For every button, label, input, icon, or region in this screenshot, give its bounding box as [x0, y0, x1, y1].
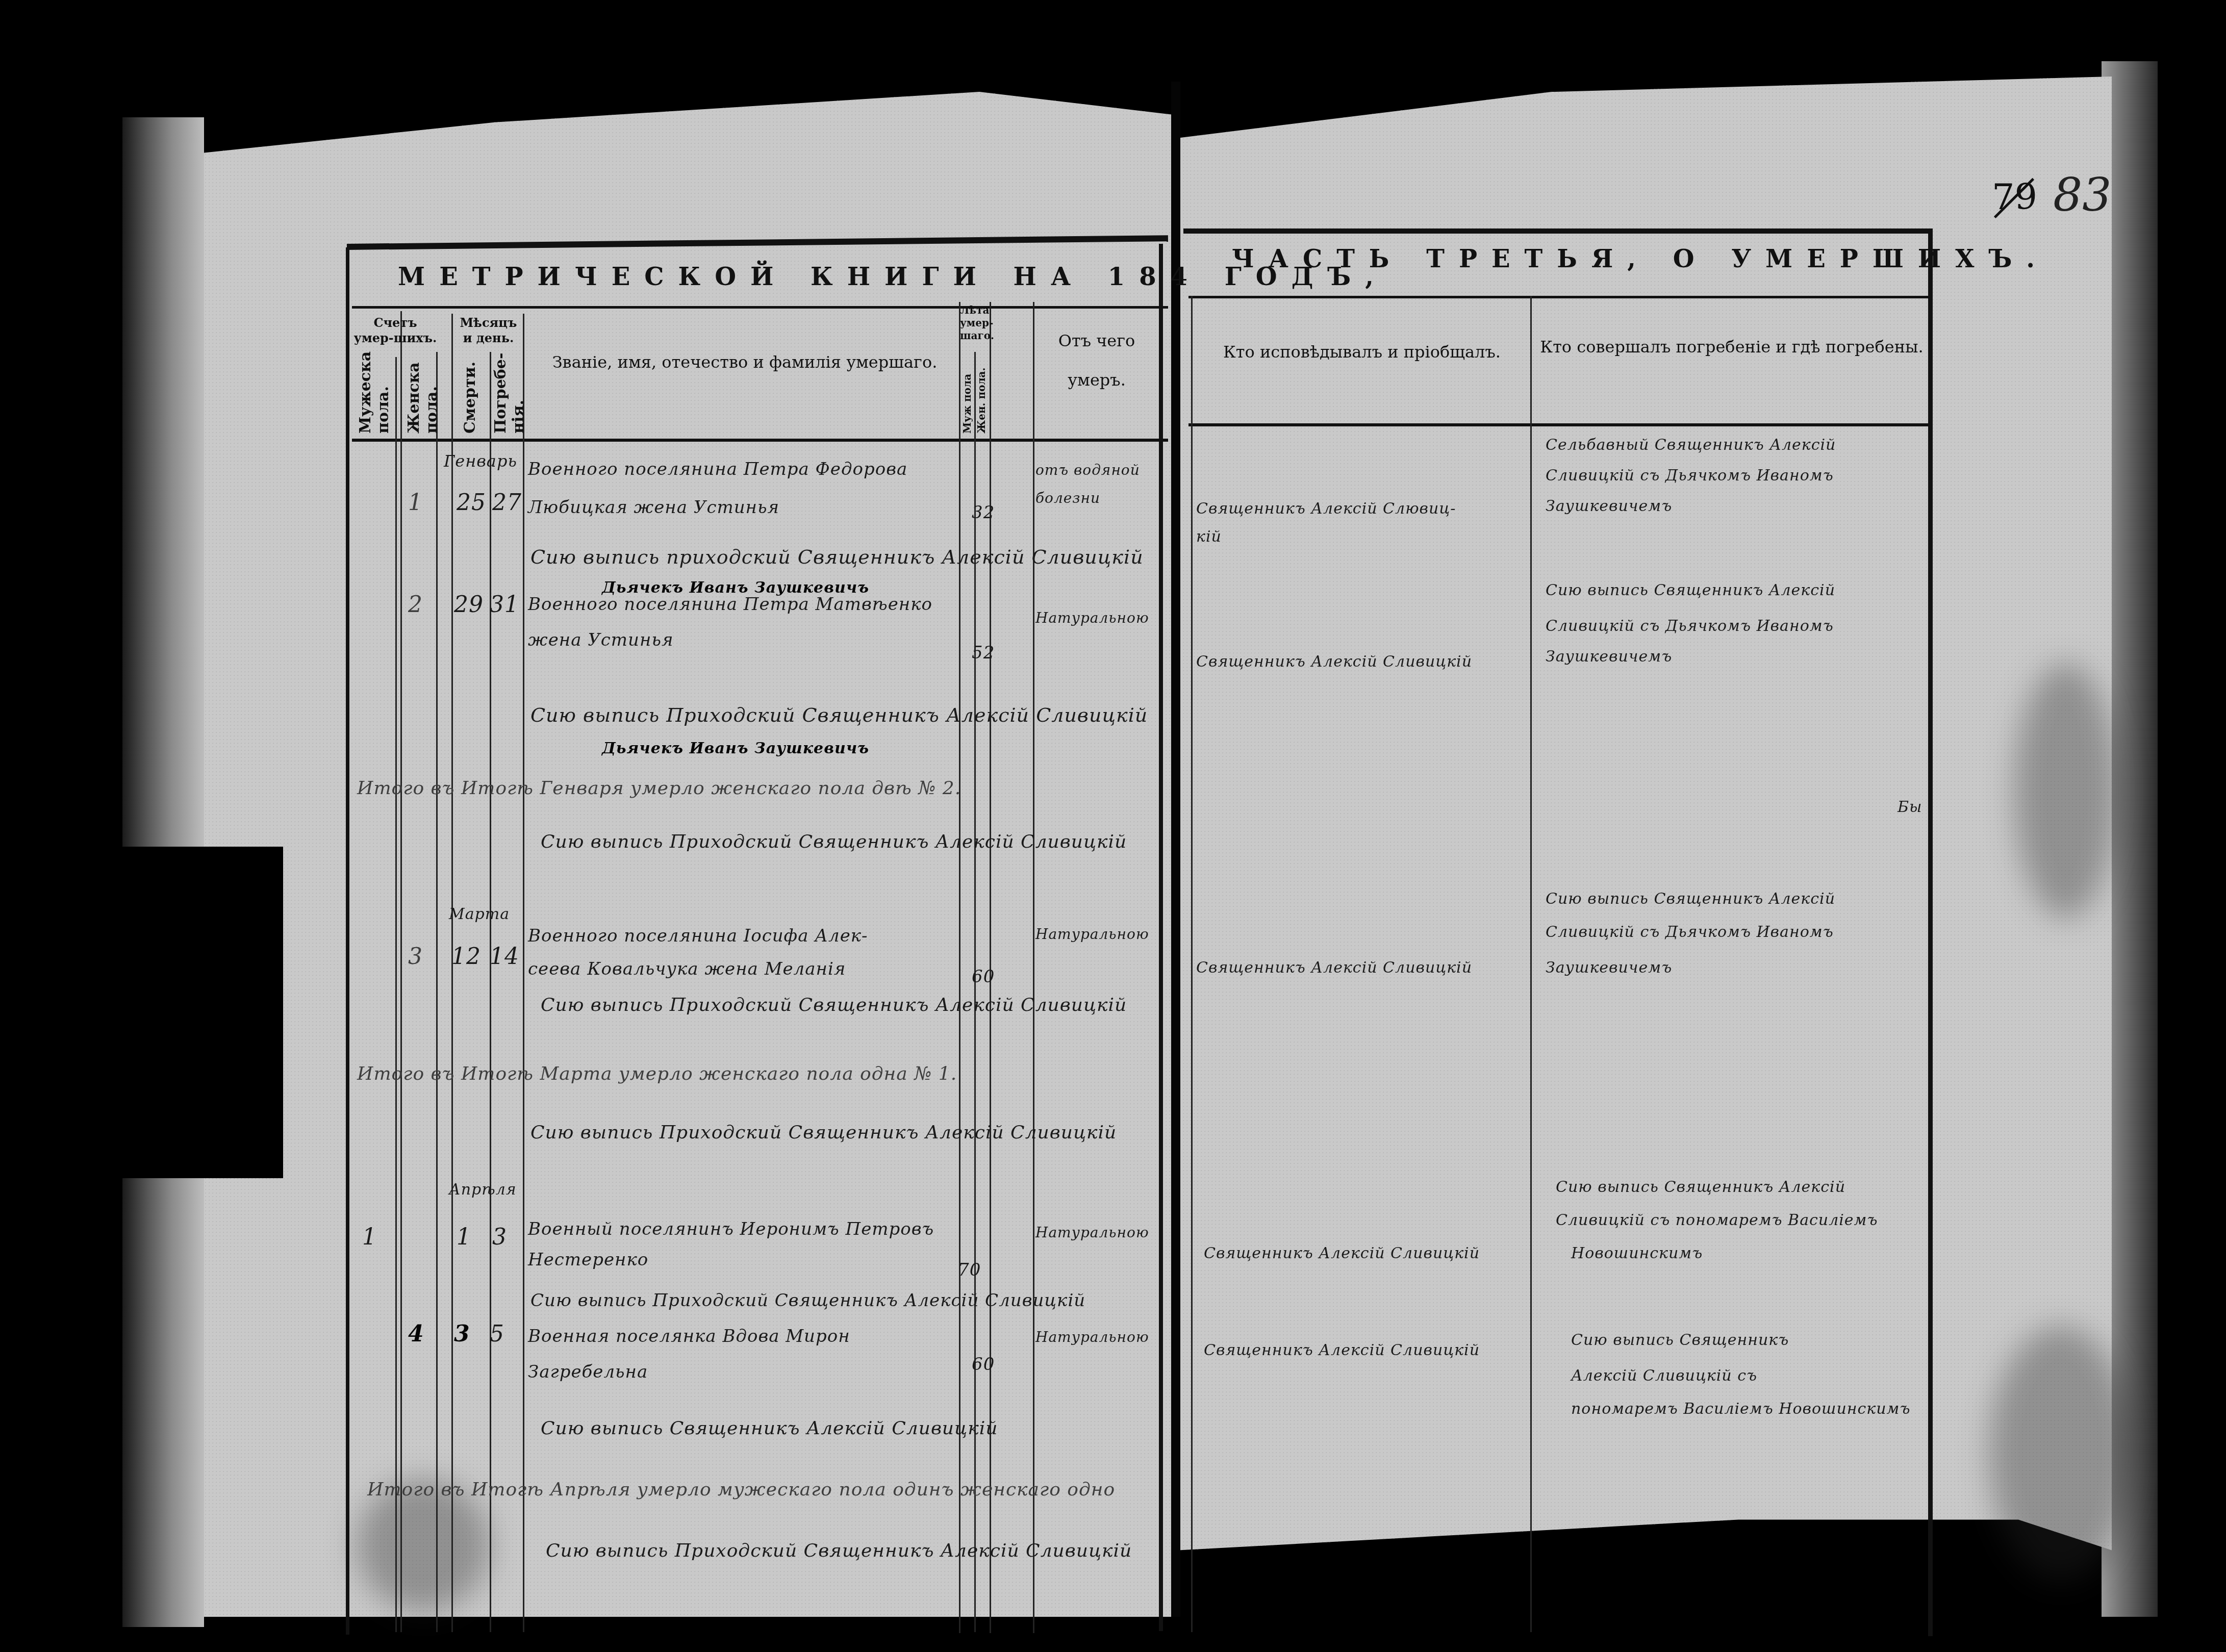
entry-2-clerk: Дьячекъ Иванъ Заушкевичъ — [602, 740, 869, 757]
header-bottom-rule-right — [1188, 423, 1928, 426]
march-witness: Сию выпись Приходский Священникъ Алексій… — [530, 1122, 1117, 1143]
frame-left-page-outer — [1159, 244, 1163, 1631]
entry-4-name-line1: Военный поселянинъ Иеронимъ Петровъ — [528, 1219, 934, 1239]
entry-3-confessor: Священникъ Алексій Сливицкій — [1196, 959, 1472, 977]
entry-2-death-day: 29 — [454, 592, 484, 618]
frame-right-border — [1928, 228, 1933, 1636]
right-margin-note: Бы — [1898, 798, 1922, 816]
header-male-count: Мужеска пола. — [357, 357, 392, 434]
col-divider — [974, 352, 976, 1632]
entry-2-number: 2 — [408, 592, 423, 618]
header-age-group: Лѣта умер-шаго. — [960, 304, 990, 342]
entry-1-number: 1 — [408, 490, 423, 516]
entry-5-cause: Натуральною — [1035, 1329, 1149, 1345]
entry-1-cause-line1: отъ водяной — [1035, 462, 1140, 478]
entry-1-name-line2: Любицкая жена Устинья — [528, 497, 779, 518]
header-cause-of-death: Отъ чего умеръ. — [1038, 321, 1155, 400]
stain — [2015, 663, 2117, 918]
book-spine — [1171, 82, 1180, 1617]
entry-1-witness: Сию выпись приходский Священникъ Алексій… — [530, 546, 1144, 568]
folio-number: 83 — [2053, 168, 2112, 222]
entry-1-month: Генварь — [444, 451, 517, 471]
entry-4-age: 70 — [958, 1260, 981, 1280]
entry-4-cause: Натуральною — [1035, 1224, 1149, 1241]
entry-3-burial-line2: Сливицкій съ Дьячкомъ Иваномъ — [1546, 923, 1834, 941]
entry-3-burial-day: 14 — [490, 944, 519, 970]
entry-1-cause-line2: болезни — [1035, 490, 1100, 506]
entry-3-month: Марта — [449, 905, 510, 923]
entry-5-name-line1: Военная поселянка Вдова Мирон — [528, 1326, 850, 1346]
header-death-date: Смерти. — [462, 357, 479, 434]
entry-2-burial-day: 31 — [490, 592, 519, 618]
entry-2-witness: Сию выпись Приходский Священникъ Алексій… — [530, 704, 1148, 726]
entry-5-confessor: Священникъ Алексій Сливицкій — [1204, 1341, 1480, 1359]
folio-number-struck: 79 — [1992, 176, 2037, 218]
left-page — [204, 92, 1173, 1617]
entry-1-burial-day: 27 — [492, 490, 522, 516]
entry-4-burial-day: 3 — [492, 1224, 507, 1250]
entry-2-name-line1: Военного поселянина Петра Матвѣенко — [528, 594, 932, 615]
entry-1-burial-line3: Заушкевичемъ — [1546, 497, 1672, 515]
frame-top-rule-right — [1183, 228, 1928, 234]
col-divider — [400, 311, 402, 1632]
entry-3-cause: Натуральною — [1035, 926, 1149, 943]
black-index-tab — [0, 847, 283, 1178]
entry-2-cause: Натуральною — [1035, 609, 1149, 626]
entry-5-burial-day: 5 — [490, 1321, 504, 1347]
title-underline-right — [1188, 296, 1928, 298]
col-divider — [1033, 302, 1034, 1633]
entry-4-death-day: 1 — [457, 1224, 471, 1250]
total-january: Итого въ Итогѣ Генваря умерло женскаго п… — [357, 778, 961, 799]
entry-4-witness: Сию выпись Приходский Священникъ Алексій… — [530, 1290, 1085, 1311]
header-female-count: Женска пола. — [406, 357, 441, 434]
col-divider — [490, 352, 491, 1632]
entry-5-burial-line3: пономаремъ Василіемъ Новошинскимъ — [1571, 1400, 1910, 1418]
header-burial-date: Погребе-нія. — [492, 357, 527, 434]
header-deceased-name: Званіе, имя, отечество и фамилія умершаг… — [530, 352, 959, 372]
entry-2-age: 52 — [972, 643, 995, 663]
frame-left-border — [346, 247, 349, 1635]
col-divider — [451, 314, 453, 1632]
entry-5-name-line2: Загребельна — [528, 1362, 648, 1382]
title-underline-left — [352, 306, 1168, 309]
entry-3-witness: Сию выпись Приходский Священникъ Алексій… — [541, 995, 1127, 1015]
total-march: Итого въ Итогѣ Марта умерло женскаго пол… — [357, 1063, 957, 1084]
april-witness: Сию выпись Приходский Священникъ Алексій… — [546, 1540, 1132, 1561]
entry-4-name-line2: Нестеренко — [528, 1250, 648, 1270]
entry-2-burial-line2: Сливицкій съ Дьячкомъ Иваномъ — [1546, 617, 1834, 635]
entry-4-burial-line2: Сливицкій съ пономаремъ Василіемъ — [1556, 1211, 1878, 1229]
entry-3-death-day: 12 — [451, 944, 481, 970]
col-divider — [1191, 296, 1193, 1632]
entry-1-death-day: 25 — [457, 490, 486, 516]
entry-4-number: 1 — [362, 1224, 377, 1250]
entry-3-name-line2: сеева Ковальчука жена Меланія — [528, 959, 846, 979]
entry-3-burial-line1: Сию выпись Священникъ Алексій — [1546, 890, 1835, 908]
entry-3-age: 60 — [972, 967, 995, 987]
total-april: Итого въ Итогѣ Апрѣля умерло мужескаго п… — [367, 1479, 1115, 1500]
header-burial-by: Кто совершалъ погребеніе и гдѣ погребены… — [1535, 337, 1928, 357]
header-confessor: Кто исповѣдывалъ и пріобщалъ. — [1196, 342, 1528, 362]
col-divider — [436, 352, 438, 1632]
january-witness: Сию выпись Приходский Священникъ Алексій… — [541, 831, 1127, 852]
header-bottom-rule-left — [352, 439, 1168, 442]
entry-4-confessor: Священникъ Алексій Сливицкій — [1204, 1244, 1480, 1262]
entry-5-burial-line2: Алексій Сливицкій съ — [1571, 1367, 1757, 1385]
col-divider — [1530, 296, 1532, 1632]
entry-5-witness: Сию выпись Священникъ Алексій Сливицкій — [541, 1418, 998, 1439]
entry-1-burial-line1: Сельбавный Священникъ Алексій — [1546, 436, 1836, 454]
entry-2-confessor: Священникъ Алексій Сливицкій — [1196, 653, 1472, 671]
entry-3-burial-line3: Заушкевичемъ — [1546, 959, 1672, 977]
entry-2-burial-line1: Сию выпись Священникъ Алексій — [1546, 581, 1835, 599]
header-age-female: Жен. пола. — [976, 357, 988, 434]
entry-4-burial-line3: Новошинскимъ — [1571, 1244, 1703, 1262]
entry-3-name-line1: Военного поселянина Іосифа Алек- — [528, 926, 868, 946]
entry-1-burial-line2: Сливицкій съ Дьячкомъ Иваномъ — [1546, 467, 1834, 485]
entry-5-burial-line1: Сию выпись Священникъ — [1571, 1331, 1789, 1349]
entry-4-burial-line1: Сию выпись Священникъ Алексій — [1556, 1178, 1845, 1196]
entry-1-confessor-line1: Священникъ Алексій Слювиц- — [1196, 500, 1456, 518]
header-age-male: Муж пола — [962, 357, 973, 434]
header-count-group: Счетъ умер-шихъ. — [352, 315, 439, 346]
col-divider — [395, 357, 397, 1632]
entry-1-age: 32 — [972, 502, 995, 523]
header-date-group: Мѣсяцъ и день. — [454, 315, 523, 346]
entry-5-number: 4 — [408, 1321, 424, 1347]
entry-5-death-day: 3 — [454, 1321, 470, 1347]
entry-5-age: 60 — [972, 1354, 995, 1375]
entry-2-burial-line3: Заушкевичемъ — [1546, 648, 1672, 666]
entry-4-month: Апрѣля — [449, 1181, 517, 1199]
entry-1-confessor-line2: кій — [1196, 528, 1222, 546]
entry-1-name-line1: Военного поселянина Петра Федорова — [528, 459, 907, 479]
entry-3-number: 3 — [408, 944, 423, 970]
entry-2-name-line2: жена Устинья — [528, 630, 673, 650]
header-title-right: ЧАСТЬ ТРЕТЬЯ, О УМЕРШИХЪ. — [1232, 245, 2049, 273]
col-divider — [523, 314, 524, 1632]
stain — [1989, 1326, 2132, 1581]
